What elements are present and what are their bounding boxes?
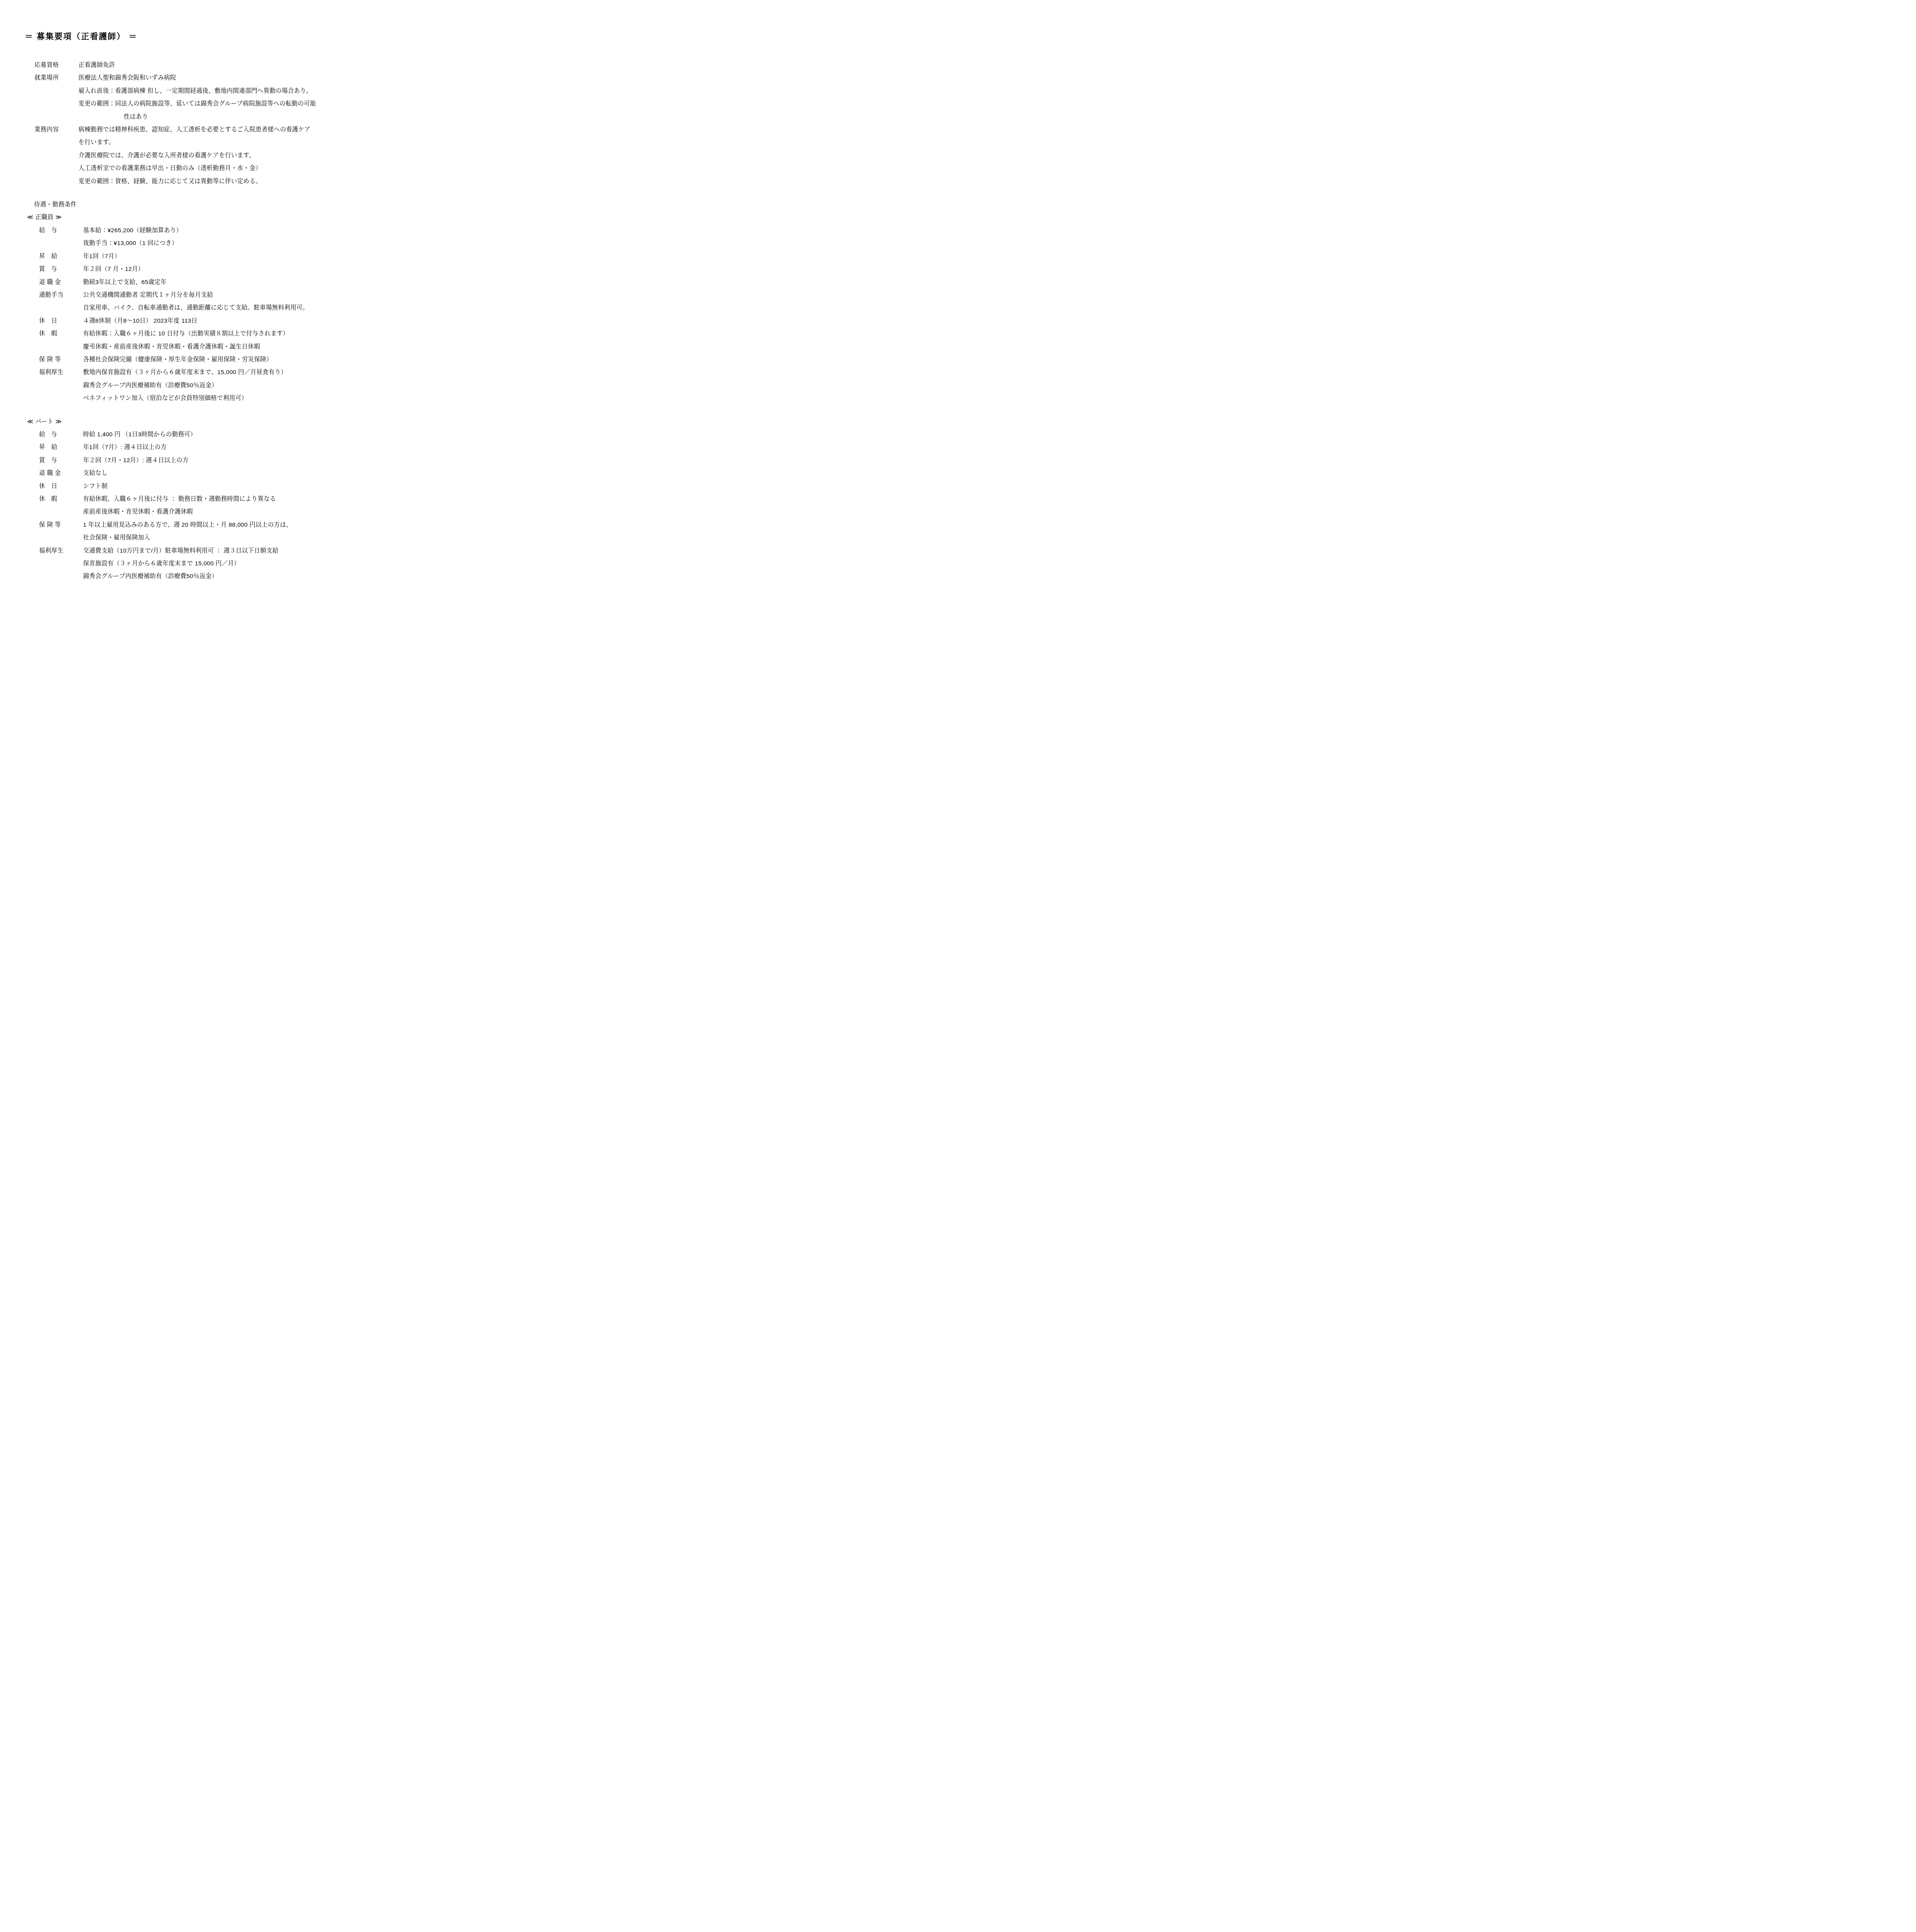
field-value: 各種社会保険完備（健康保険・厚生年金保険・雇用保険・労災保険） <box>83 353 425 366</box>
row-pt-insurance-2: 社会保険・雇用保険加入 <box>0 531 425 544</box>
row-ft-welfare-3: ベネフィットワン加入（宿泊などが会員特別価格で利用可） <box>0 392 425 405</box>
field-value: 年２回（7月・12月）: 週４日以上の方 <box>83 454 425 467</box>
row-workplace-note-1: 雇入れ直後：看護部病棟 但し、一定期間経過後、敷地内関連部門へ異動の場合あり。 <box>0 85 425 97</box>
row-pt-raise: 昇 給 年1回（7月）: 週４日以上の方 <box>0 441 425 454</box>
row-ft-commute-2: 自家用車、バイク、自転車通勤者は、通勤距離に応じて支給。駐車場無料利用可。 <box>0 301 425 314</box>
field-value: 時給 1,400 円 （1日3時間からの勤務可） <box>83 428 425 441</box>
row-ft-raise: 昇 給 年1回（7月） <box>0 250 425 263</box>
row-ft-leave: 休 暇 有給休暇：入職６ヶ月後に 10 日付与（出勤実績８割以上で付与されます） <box>0 327 425 340</box>
row-workplace-note-2: 変更の範囲：同法人の病院施設等、延いては錦秀会グループ病院施設等への転勤の可能 <box>0 97 425 110</box>
row-workplace: 就業場所 医療法人聖和錦秀会阪和いずみ病院 <box>0 71 425 84</box>
row-pt-bonus: 賞 与 年２回（7月・12月）: 週４日以上の方 <box>0 454 425 467</box>
section-fulltime: ≪ 正職員 ≫ 給 与 基本給：¥265,200（経験加算あり） 夜勤手当：¥1… <box>0 211 425 405</box>
field-value: 錦秀会グループ内医療補助有（診療費50％返金） <box>83 570 425 583</box>
row-ft-retirement: 退 職 金 勤続3年以上で支給、65歳定年 <box>0 276 425 289</box>
field-label: 賞 与 <box>39 454 83 467</box>
field-value: 夜勤手当：¥13,000（1 回につき） <box>83 237 425 250</box>
field-label: 休 暇 <box>39 493 83 505</box>
field-label: 給 与 <box>39 428 83 441</box>
row-job-description-5: 変更の範囲：資格、経験、能力に応じて又は異動等に伴い定める。 <box>0 175 425 188</box>
field-value: 敷地内保育施設有（３ヶ月から６歳年度末まで、15,000 円／月昼食有り） <box>83 366 425 379</box>
row-workplace-note-3: 性はあり <box>0 111 425 123</box>
field-label: 保 険 等 <box>39 519 83 531</box>
field-value: 性はあり <box>78 111 425 123</box>
field-value: 人工透析室での看護業務は早出・日勤のみ（透析勤務月・水・金） <box>78 162 425 175</box>
field-label: 賞 与 <box>39 263 83 276</box>
field-value: ベネフィットワン加入（宿泊などが会員特別価格で利用可） <box>83 392 425 405</box>
row-pt-leave: 休 暇 有給休暇、入職６ヶ月後に付与 ： 勤務日数・週勤務時間により異なる <box>0 493 425 505</box>
field-label: 保 険 等 <box>39 353 83 366</box>
field-value: 1 年以上雇用見込みのある方で、週 20 時間以上・月 88,000 円以上の方… <box>83 519 425 531</box>
field-value: 社会保険・雇用保険加入 <box>83 531 425 544</box>
field-value: 公共交通機関通勤者 定期代１ヶ月分を毎月支給 <box>83 289 425 301</box>
row-job-description-3: 介護医療院では、介護が必要な入所者様の看護ケアを行います。 <box>0 149 425 162</box>
row-job-description-2: を行います。 <box>0 136 425 149</box>
row-pt-welfare-3: 錦秀会グループ内医療補助有（診療費50％返金） <box>0 570 425 583</box>
row-ft-commute: 通勤手当 公共交通機関通勤者 定期代１ヶ月分を毎月支給 <box>0 289 425 301</box>
field-label: 就業場所 <box>34 71 78 84</box>
field-label: 福利厚生 <box>39 366 83 379</box>
field-value: 年1回（7月）: 週４日以上の方 <box>83 441 425 454</box>
row-pt-insurance: 保 険 等 1 年以上雇用見込みのある方で、週 20 時間以上・月 88,000… <box>0 519 425 531</box>
row-pt-retirement: 退 職 金 支給なし <box>0 467 425 480</box>
fulltime-heading: ≪ 正職員 ≫ <box>0 211 425 224</box>
row-ft-bonus: 賞 与 年２回（7 月・12月） <box>0 263 425 276</box>
field-value: ４週8休制（月8～10日） 2023年度 113日 <box>83 315 425 327</box>
field-label: 応募資格 <box>34 59 78 71</box>
parttime-heading: ≪ パート ≫ <box>0 415 425 428</box>
field-label: 休 日 <box>39 480 83 493</box>
field-value: 基本給：¥265,200（経験加算あり） <box>83 224 425 237</box>
row-pt-welfare-2: 保育施設有（３ヶ月から６歳年度末まで 15,000 円／月） <box>0 557 425 570</box>
field-label: 退 職 金 <box>39 276 83 289</box>
row-pt-welfare: 福利厚生 交通費支給（10万円まで/月）駐車場無料利用可 ： 週３日以下日額支給 <box>0 544 425 557</box>
field-label: 昇 給 <box>39 441 83 454</box>
field-value: 保育施設有（３ヶ月から６歳年度末まで 15,000 円／月） <box>83 557 425 570</box>
conditions-heading: 待遇・勤務条件 <box>0 198 425 211</box>
field-value: 産前産後休暇・育児休暇・看護介護休暇 <box>83 505 425 518</box>
row-qualification: 応募資格 正看護師免許 <box>0 59 425 71</box>
row-ft-welfare-2: 錦秀会グループ内医療補助有（診療費50％返金） <box>0 379 425 392</box>
field-value: 年２回（7 月・12月） <box>83 263 425 276</box>
field-label: 休 暇 <box>39 327 83 340</box>
field-value: 年1回（7月） <box>83 250 425 263</box>
field-label: 退 職 金 <box>39 467 83 480</box>
row-ft-salary-2: 夜勤手当：¥13,000（1 回につき） <box>0 237 425 250</box>
row-ft-holidays: 休 日 ４週8休制（月8～10日） 2023年度 113日 <box>0 315 425 327</box>
field-value: 勤続3年以上で支給、65歳定年 <box>83 276 425 289</box>
row-ft-welfare: 福利厚生 敷地内保育施設有（３ヶ月から６歳年度末まで、15,000 円／月昼食有… <box>0 366 425 379</box>
field-value: 雇入れ直後：看護部病棟 但し、一定期間経過後、敷地内関連部門へ異動の場合あり。 <box>78 85 425 97</box>
field-label: 福利厚生 <box>39 544 83 557</box>
field-value: 有給休暇：入職６ヶ月後に 10 日付与（出勤実績８割以上で付与されます） <box>83 327 425 340</box>
field-value: 病棟勤務では精神科疾患、認知症、人工透析を必要とするご入院患者様への看護ケア <box>78 123 425 136</box>
row-job-description: 業務内容 病棟勤務では精神科疾患、認知症、人工透析を必要とするご入院患者様への看… <box>0 123 425 136</box>
field-value: 慶弔休暇・産前産後休暇・育児休暇・看護介護休暇・誕生日休暇 <box>83 340 425 353</box>
field-value: 介護医療院では、介護が必要な入所者様の看護ケアを行います。 <box>78 149 425 162</box>
field-value: シフト制 <box>83 480 425 493</box>
row-job-description-4: 人工透析室での看護業務は早出・日勤のみ（透析勤務月・水・金） <box>0 162 425 175</box>
row-pt-holidays: 休 日 シフト制 <box>0 480 425 493</box>
field-value: 医療法人聖和錦秀会阪和いずみ病院 <box>78 71 425 84</box>
field-label: 昇 給 <box>39 250 83 263</box>
field-value: を行います。 <box>78 136 425 149</box>
field-value: 交通費支給（10万円まで/月）駐車場無料利用可 ： 週３日以下日額支給 <box>83 544 425 557</box>
section-parttime: ≪ パート ≫ 給 与 時給 1,400 円 （1日3時間からの勤務可） 昇 給… <box>0 415 425 583</box>
row-pt-salary: 給 与 時給 1,400 円 （1日3時間からの勤務可） <box>0 428 425 441</box>
row-ft-leave-2: 慶弔休暇・産前産後休暇・育児休暇・看護介護休暇・誕生日休暇 <box>0 340 425 353</box>
row-pt-leave-2: 産前産後休暇・育児休暇・看護介護休暇 <box>0 505 425 518</box>
field-value: 変更の範囲：同法人の病院施設等、延いては錦秀会グループ病院施設等への転勤の可能 <box>78 97 425 110</box>
field-label: 業務内容 <box>34 123 78 136</box>
field-label: 通勤手当 <box>39 289 83 301</box>
page-title: ＝ 募集要項（正看護師） ＝ <box>0 0 425 43</box>
field-label: 給 与 <box>39 224 83 237</box>
row-ft-insurance: 保 険 等 各種社会保険完備（健康保険・厚生年金保険・雇用保険・労災保険） <box>0 353 425 366</box>
document-body: 応募資格 正看護師免許 就業場所 医療法人聖和錦秀会阪和いずみ病院 雇入れ直後：… <box>0 59 425 583</box>
row-ft-salary: 給 与 基本給：¥265,200（経験加算あり） <box>0 224 425 237</box>
field-value: 自家用車、バイク、自転車通勤者は、通勤距離に応じて支給。駐車場無料利用可。 <box>83 301 425 314</box>
field-value: 支給なし <box>83 467 425 480</box>
field-value: 有給休暇、入職６ヶ月後に付与 ： 勤務日数・週勤務時間により異なる <box>83 493 425 505</box>
field-value: 変更の範囲：資格、経験、能力に応じて又は異動等に伴い定める。 <box>78 175 425 188</box>
section-overview: 応募資格 正看護師免許 就業場所 医療法人聖和錦秀会阪和いずみ病院 雇入れ直後：… <box>0 59 425 188</box>
field-value: 錦秀会グループ内医療補助有（診療費50％返金） <box>83 379 425 392</box>
field-label: 休 日 <box>39 315 83 327</box>
recruitment-document-page: ＝ 募集要項（正看護師） ＝ 応募資格 正看護師免許 就業場所 医療法人聖和錦秀… <box>0 0 425 602</box>
field-value: 正看護師免許 <box>78 59 425 71</box>
